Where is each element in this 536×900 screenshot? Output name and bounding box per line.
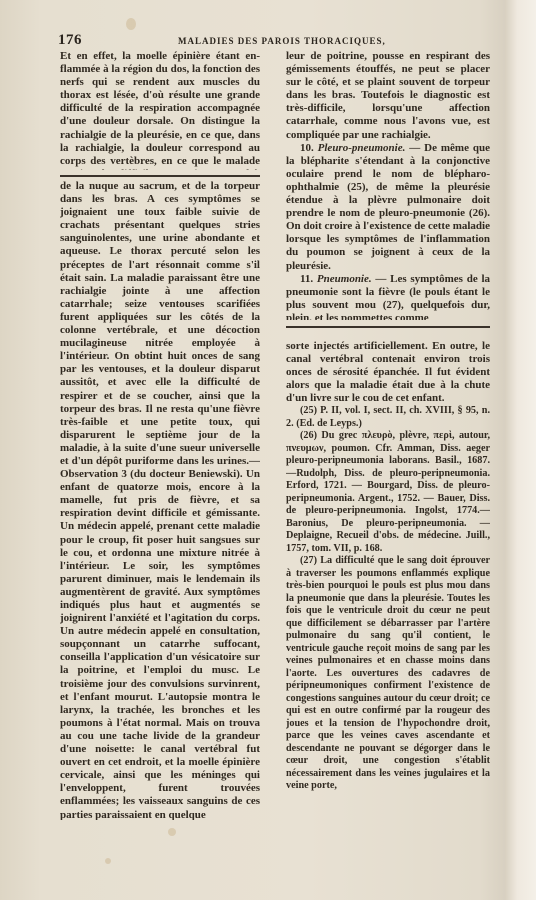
left-column-lower: de la nuque au sacrum, et de la torpeur …	[60, 180, 260, 820]
footnote-divider	[286, 326, 490, 328]
section-number: 11.	[300, 273, 313, 285]
section-text: — De même que la blépharite s'étendant à…	[286, 142, 490, 272]
body-paragraph: sorte injectés artificiellement. En outr…	[286, 340, 490, 405]
running-title: MALADIES DES PAROIS THORACIQUES,	[178, 36, 386, 46]
footnote-26: (26) Du grec πλευρὸ, plèvre, περὶ, autou…	[286, 430, 490, 555]
left-column-upper: Et en effet, la moelle épinière étant en…	[60, 50, 260, 170]
section-10: 10. Pleuro-pneumonie. — De même que la b…	[286, 142, 490, 273]
paper-stain	[126, 18, 136, 30]
book-page: 176 MALADIES DES PAROIS THORACIQUES, Et …	[0, 0, 510, 900]
section-number: 10.	[300, 142, 314, 154]
footnote-divider	[60, 175, 260, 177]
paper-stain	[168, 828, 176, 836]
body-paragraph: Et en effet, la moelle épinière étant en…	[60, 50, 260, 170]
page-number: 176	[58, 32, 82, 49]
footnote-27: (27) La difficulté que le sang doit épro…	[286, 555, 490, 793]
section-title: Pleuro-pneumonie.	[318, 142, 406, 154]
right-column-lower: sorte injectés artificiellement. En outr…	[286, 340, 490, 810]
section-title: Pneumonie.	[317, 273, 372, 285]
paper-stain	[105, 858, 111, 864]
body-paragraph: de la nuque au sacrum, et de la torpeur …	[60, 180, 260, 820]
footnote-25: (25) P. II, vol. I, sect. II, ch. XVIII,…	[286, 405, 490, 430]
right-column-upper: leur de poitrine, pousse en respirant de…	[286, 50, 490, 320]
section-11: 11. Pneumonie. — Les symptômes de la pne…	[286, 273, 490, 320]
page-edge	[505, 0, 536, 900]
body-paragraph: leur de poitrine, pousse en respirant de…	[286, 50, 490, 142]
